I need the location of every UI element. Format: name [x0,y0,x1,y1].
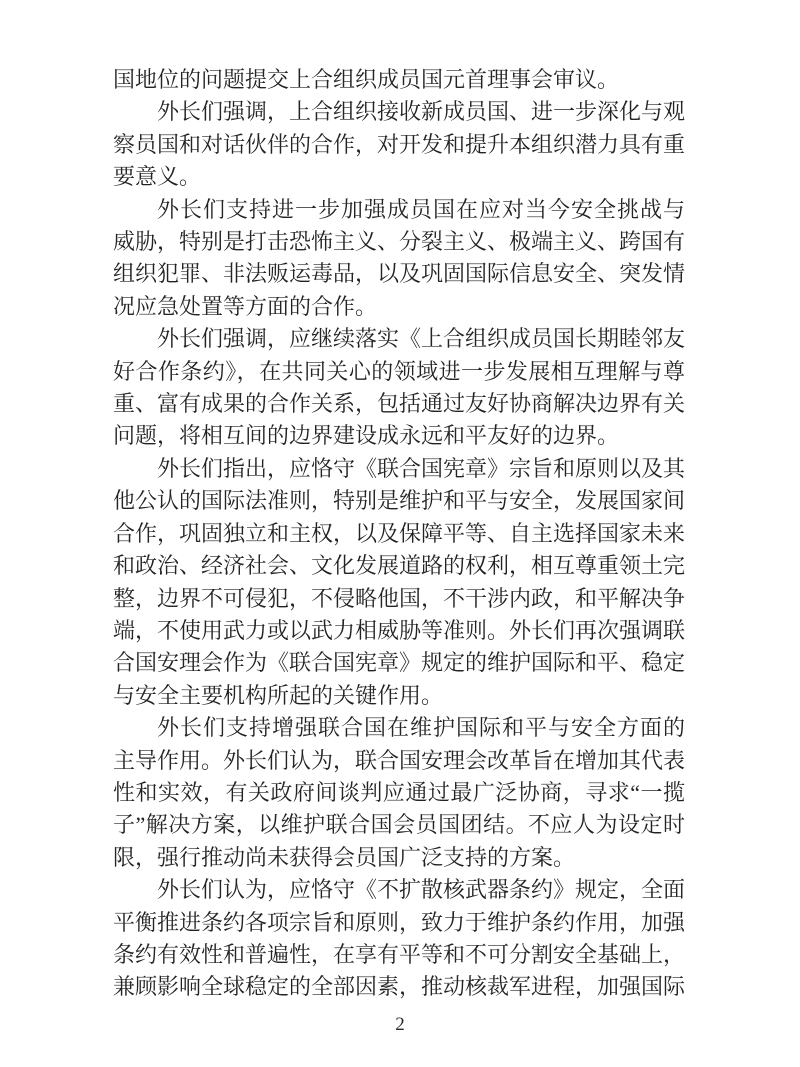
text-line: 平衡推进条约各项宗旨和原则，致力于维护条约作用，加强 [113,907,685,939]
text-line: 察员国和对话伙伴的合作，对开发和提升本组织潜力具有重 [113,129,685,161]
text-line: 外长们认为，应恪守《不扩散核武器条约》规定，全面 [113,874,685,906]
paragraph: 国地位的问题提交上合组织成员国元首理事会审议。 [113,64,685,96]
page-number: 2 [0,1014,800,1036]
text-line: 限，强行推动尚未获得会员国广泛支持的方案。 [113,842,685,874]
text-line: 性和实效，有关政府间谈判应通过最广泛协商，寻求“一揽 [113,777,685,809]
text-line: 国地位的问题提交上合组织成员国元首理事会审议。 [113,64,685,96]
text-line: 外长们强调，应继续落实《上合组织成员国长期睦邻友 [113,323,685,355]
text-line: 兼顾影响全球稳定的全部因素，推动核裁军进程，加强国际 [113,971,685,1003]
text-line: 合国安理会作为《联合国宪章》规定的维护国际和平、稳定 [113,647,685,679]
text-line: 条约有效性和普遍性，在享有平等和不可分割安全基础上， [113,939,685,971]
text-line: 外长们支持增强联合国在维护国际和平与安全方面的 [113,712,685,744]
text-line: 外长们支持进一步加强成员国在应对当今安全挑战与 [113,194,685,226]
text-line: 端，不使用武力或以武力相威胁等准则。外长们再次强调联 [113,615,685,647]
text-line: 组织犯罪、非法贩运毒品，以及巩固国际信息安全、突发情 [113,258,685,290]
paragraph: 外长们支持进一步加强成员国在应对当今安全挑战与威胁，特别是打击恐怖主义、分裂主义… [113,194,685,324]
text-line: 他公认的国际法准则，特别是维护和平与安全，发展国家间 [113,485,685,517]
text-line: 与安全主要机构所起的关键作用。 [113,680,685,712]
text-line: 外长们强调，上合组织接收新成员国、进一步深化与观 [113,96,685,128]
document-body: 国地位的问题提交上合组织成员国元首理事会审议。外长们强调，上合组织接收新成员国、… [113,64,685,1004]
paragraph: 外长们强调，应继续落实《上合组织成员国长期睦邻友好合作条约》，在共同关心的领域进… [113,323,685,453]
paragraph: 外长们强调，上合组织接收新成员国、进一步深化与观察员国和对话伙伴的合作，对开发和… [113,96,685,193]
paragraph: 外长们认为，应恪守《不扩散核武器条约》规定，全面平衡推进条约各项宗旨和原则，致力… [113,874,685,1004]
text-line: 重、富有成果的合作关系，包括通过友好协商解决边界有关 [113,388,685,420]
text-line: 问题，将相互间的边界建设成永远和平友好的边界。 [113,420,685,452]
text-line: 和政治、经济社会、文化发展道路的权利，相互尊重领土完 [113,550,685,582]
paragraph: 外长们支持增强联合国在维护国际和平与安全方面的主导作用。外长们认为，联合国安理会… [113,712,685,874]
text-line: 要意义。 [113,161,685,193]
text-line: 整，边界不可侵犯，不侵略他国，不干涉内政，和平解决争 [113,583,685,615]
text-line: 好合作条约》，在共同关心的领域进一步发展相互理解与尊 [113,356,685,388]
text-line: 合作，巩固独立和主权，以及保障平等、自主选择国家未来 [113,518,685,550]
text-line: 子”解决方案，以维护联合国会员国团结。不应人为设定时 [113,809,685,841]
text-line: 主导作用。外长们认为，联合国安理会改革旨在增加其代表 [113,745,685,777]
text-line: 况应急处置等方面的合作。 [113,291,685,323]
text-line: 威胁，特别是打击恐怖主义、分裂主义、极端主义、跨国有 [113,226,685,258]
text-line: 外长们指出，应恪守《联合国宪章》宗旨和原则以及其 [113,453,685,485]
paragraph: 外长们指出，应恪守《联合国宪章》宗旨和原则以及其他公认的国际法准则，特别是维护和… [113,453,685,712]
document-page: 国地位的问题提交上合组织成员国元首理事会审议。外长们强调，上合组织接收新成员国、… [0,0,800,1067]
